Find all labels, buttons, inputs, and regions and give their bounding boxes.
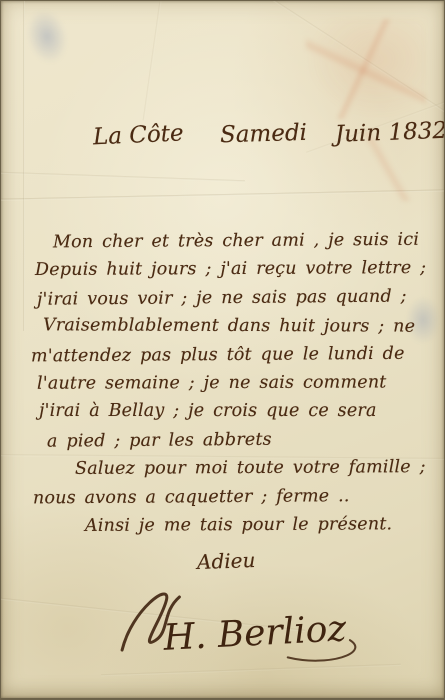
letter-body: Mon cher et très cher ami , je suis ici …: [31, 227, 431, 539]
letter-line: a pied ; par les abbrets: [47, 424, 431, 456]
fold-crease: [1, 172, 245, 183]
letter-line: j'irai à Bellay ; je crois que ce sera: [39, 397, 431, 425]
fold-crease: [1, 189, 444, 200]
letter-line: Vraisemblablement dans huit jours ; ne: [43, 312, 431, 342]
signature-flourish-icon: H. Berlioz: [108, 565, 403, 685]
ink-offset-mark-top-right: [306, 19, 426, 119]
letter-paper: La Côte Samedi Juin 1832 Mon cher et trè…: [1, 1, 444, 698]
letter-line: j'irai vous voir ; je ne sais pas quand …: [37, 282, 431, 314]
letter-line: l'autre semaine ; je ne sais comment: [37, 368, 431, 398]
letter-dateline: La Côte Samedi Juin 1832: [93, 119, 444, 149]
pencil-smudge-top-left: [21, 5, 74, 68]
letter-scan-page: { "colors": { "paper": "#eae2c6", "paper…: [0, 0, 445, 700]
letter-day: Samedi: [219, 120, 307, 148]
letter-line: Saluez pour moi toute votre famille ;: [75, 453, 431, 483]
letter-signature: H. Berlioz: [108, 565, 403, 685]
fold-crease: [256, 1, 444, 126]
signature-text: H. Berlioz: [161, 608, 348, 659]
fold-crease: [143, 1, 162, 120]
letter-line: Mon cher et très cher ami , je suis ici: [53, 226, 431, 257]
letter-line: m'attendez pas plus tôt que le lundi de: [31, 339, 431, 370]
letter-place: La Côte: [92, 120, 184, 150]
fold-crease: [23, 1, 25, 331]
letter-line: Ainsi je me tais pour le présent.: [85, 510, 431, 540]
letter-line: Depuis huit jours ; j'ai reçu votre lett…: [35, 254, 431, 284]
letter-farewell: Adieu: [197, 548, 256, 574]
letter-date: Juin 1832: [334, 118, 444, 148]
letter-line: nous avons a caquetter ; ferme ..: [33, 481, 431, 512]
